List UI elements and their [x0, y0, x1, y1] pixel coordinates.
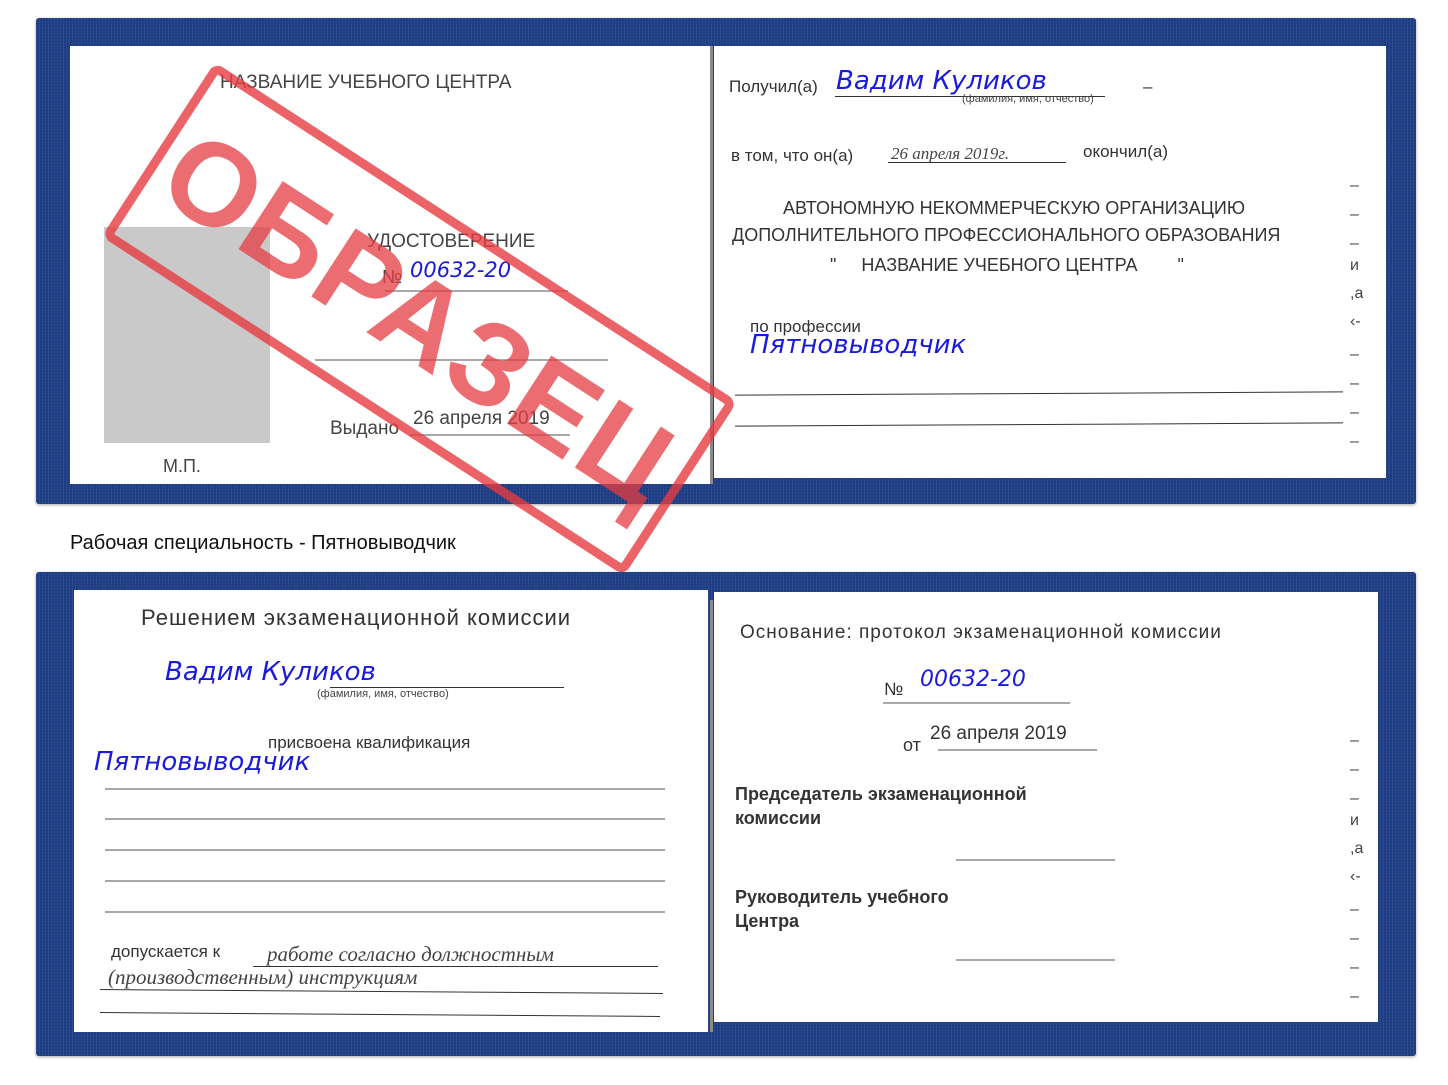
edge-mark: –: [1350, 960, 1363, 989]
protocol-number: 00632-20: [920, 667, 1026, 692]
protocol-date-underline: [938, 749, 1097, 751]
admitted-text-line-2: (производственным) инструкциям: [108, 965, 417, 990]
decision-title: Решением экзаменационной комиссии: [141, 605, 571, 631]
edge-mark: –: [1350, 931, 1363, 960]
edge-mark: и: [1350, 258, 1363, 286]
chairman-label-1: Председатель экзаменационной: [735, 784, 1027, 805]
edge-mark: ‹-: [1350, 869, 1363, 902]
specialty-caption: Рабочая специальность - Пятновыводчик: [70, 532, 456, 555]
edge-mark: –: [1350, 791, 1363, 813]
edge-marks-top: – – – и ,а ‹- – – – –: [1350, 178, 1363, 463]
edge-mark: –: [1350, 236, 1363, 258]
seal-label: М.П.: [163, 456, 201, 477]
head-signature-line: [956, 959, 1115, 961]
qualification-line-5: [105, 911, 665, 913]
edge-mark: –: [1350, 733, 1363, 762]
qualification-line-2: [105, 818, 665, 820]
person-name: Вадим Куликов: [165, 657, 376, 687]
name-hint: (фамилия, имя, отчество): [962, 93, 1094, 105]
admitted-text-line-1: работе согласно должностным: [267, 942, 554, 967]
person-name-hint: (фамилия, имя, отчество): [317, 688, 449, 700]
dash-mark: –: [1143, 77, 1152, 97]
completion-date: 26 апреля 2019г.: [891, 144, 1009, 164]
qualification-line-4: [105, 880, 665, 882]
recipient-name: Вадим Куликов: [836, 66, 1047, 96]
chairman-signature-line: [956, 859, 1115, 861]
edge-mark: –: [1350, 347, 1363, 376]
qualification-line-1: [105, 788, 665, 790]
protocol-number-prefix: №: [884, 679, 903, 700]
completed-label: окончил(а): [1083, 142, 1168, 162]
spine-divider: [710, 600, 713, 1032]
chairman-label-2: комиссии: [735, 808, 821, 829]
head-label-1: Руководитель учебного: [735, 887, 949, 908]
edge-mark: –: [1350, 989, 1363, 1018]
edge-mark: ,а: [1350, 841, 1363, 869]
admitted-label: допускается к: [111, 942, 220, 962]
edge-mark: ‹-: [1350, 314, 1363, 347]
qualification-line-3: [105, 849, 665, 851]
edge-mark: –: [1350, 376, 1363, 405]
completion-underline: [888, 162, 1066, 163]
protocol-date: 26 апреля 2019: [930, 723, 1067, 745]
profession-value: Пятновыводчик: [750, 330, 966, 360]
from-label: от: [903, 735, 921, 756]
that-label: в том, что он(а): [731, 146, 853, 166]
head-label-2: Центра: [735, 911, 799, 932]
edge-mark: ,а: [1350, 286, 1363, 314]
edge-marks-bottom: – – – и ,а ‹- – – – –: [1350, 733, 1363, 1018]
received-label: Получил(а): [729, 77, 818, 97]
edge-mark: –: [1350, 762, 1363, 791]
training-center-name: НАЗВАНИЕ УЧЕБНОГО ЦЕНТРА: [220, 72, 512, 94]
protocol-number-underline: [883, 702, 1070, 704]
page-right-bottom: [714, 592, 1378, 1022]
edge-mark: и: [1350, 813, 1363, 841]
edge-mark: –: [1350, 434, 1363, 463]
org-line-1: АВТОНОМНУЮ НЕКОММЕРЧЕСКУЮ ОРГАНИЗАЦИЮ: [783, 198, 1245, 219]
qualification-value: Пятновыводчик: [94, 747, 310, 777]
edge-mark: –: [1350, 902, 1363, 931]
edge-mark: –: [1350, 207, 1363, 236]
org-line-2: ДОПОЛНИТЕЛЬНОГО ПРОФЕССИОНАЛЬНОГО ОБРАЗО…: [732, 225, 1280, 246]
edge-mark: –: [1350, 405, 1363, 434]
org-line-3: " НАЗВАНИЕ УЧЕБНОГО ЦЕНТРА ": [830, 255, 1184, 276]
basis-title: Основание: протокол экзаменационной коми…: [740, 622, 1222, 644]
edge-mark: –: [1350, 178, 1363, 207]
